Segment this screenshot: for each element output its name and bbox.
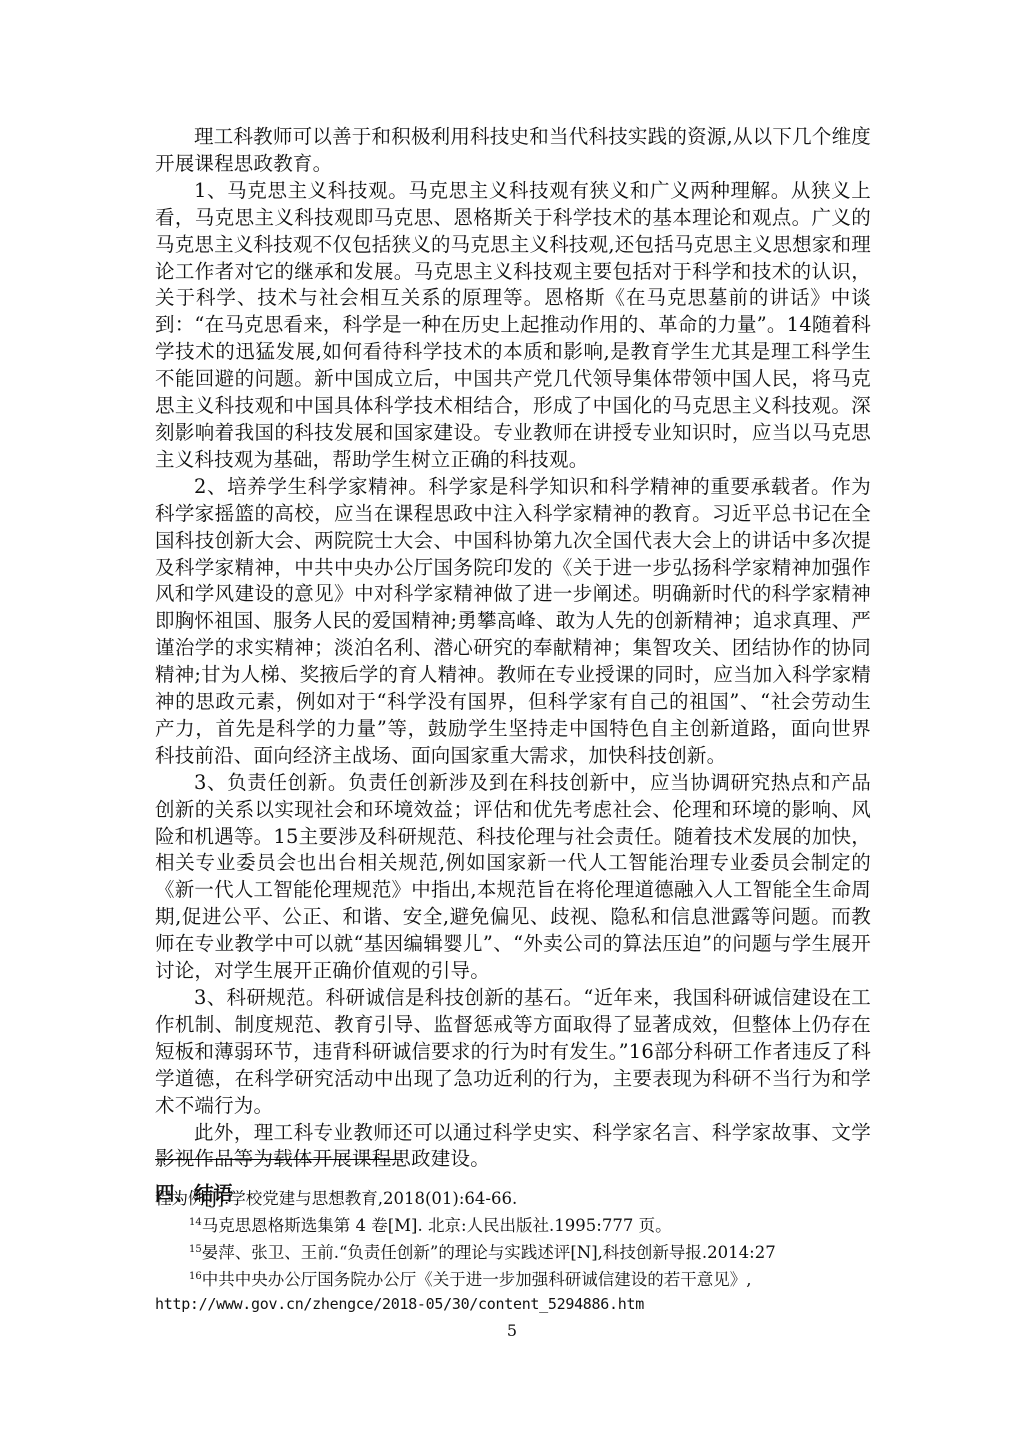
paragraph-marxist-view: 1、马克思主义科技观。马克思主义科技观有狭义和广义两种理解。从狭义上看，马克思主… [155, 178, 871, 474]
paragraph-responsible-innovation: 3、负责任创新。负责任创新涉及到在科技创新中，应当协调研究热点和产品创新的关系以… [155, 770, 871, 985]
footnote-marker: 15 [189, 1244, 202, 1255]
document-body: 理工科教师可以善于和积极利用科技史和当代科技实践的资源,从以下几个维度开展课程思… [155, 124, 871, 1208]
footnote-separator [155, 1159, 403, 1160]
footnotes: 程为例[J].学校党建与思想教育,2018(01):64-66. 14马克思恩格… [155, 1187, 871, 1316]
footnote-text: 中共中央办公厅国务院办公厅《关于进一步加强科研诚信建设的若干意见》, [202, 1270, 752, 1289]
footnote-marker: 16 [189, 1271, 202, 1282]
paragraph-scientist-spirit: 2、培养学生科学家精神。科学家是科学知识和科学精神的重要承载者。作为科学家摇篮的… [155, 474, 871, 770]
footnote-url: http://www.gov.cn/zhengce/2018-05/30/con… [155, 1292, 871, 1316]
paragraph-intro: 理工科教师可以善于和积极利用科技史和当代科技实践的资源,从以下几个维度开展课程思… [155, 124, 871, 178]
paragraph-additional: 此外，理工科专业教师还可以通过科学史实、科学家名言、科学家故事、文学影视作品等为… [155, 1120, 871, 1174]
footnote-14: 14马克思恩格斯选集第 4 卷[M]. 北京:人民出版社.1995:777 页。 [155, 1211, 871, 1238]
footnote-continuation: 程为例[J].学校党建与思想教育,2018(01):64-66. [155, 1187, 871, 1211]
footnote-text: 马克思恩格斯选集第 4 卷[M]. 北京:人民出版社.1995:777 页。 [202, 1216, 672, 1235]
page-number: 5 [0, 1321, 1024, 1340]
footnote-16: 16中共中央办公厅国务院办公厅《关于进一步加强科研诚信建设的若干意见》, [155, 1265, 871, 1292]
paragraph-research-norms: 3、科研规范。科研诚信是科技创新的基石。“近年来，我国科研诚信建设在工作机制、制… [155, 985, 871, 1120]
footnote-15: 15晏萍、张卫、王前.“负责任创新”的理论与实践述评[N],科技创新导报.201… [155, 1238, 871, 1265]
footnote-text: 晏萍、张卫、王前.“负责任创新”的理论与实践述评[N],科技创新导报.2014:… [202, 1243, 776, 1262]
footnote-marker: 14 [189, 1217, 202, 1228]
